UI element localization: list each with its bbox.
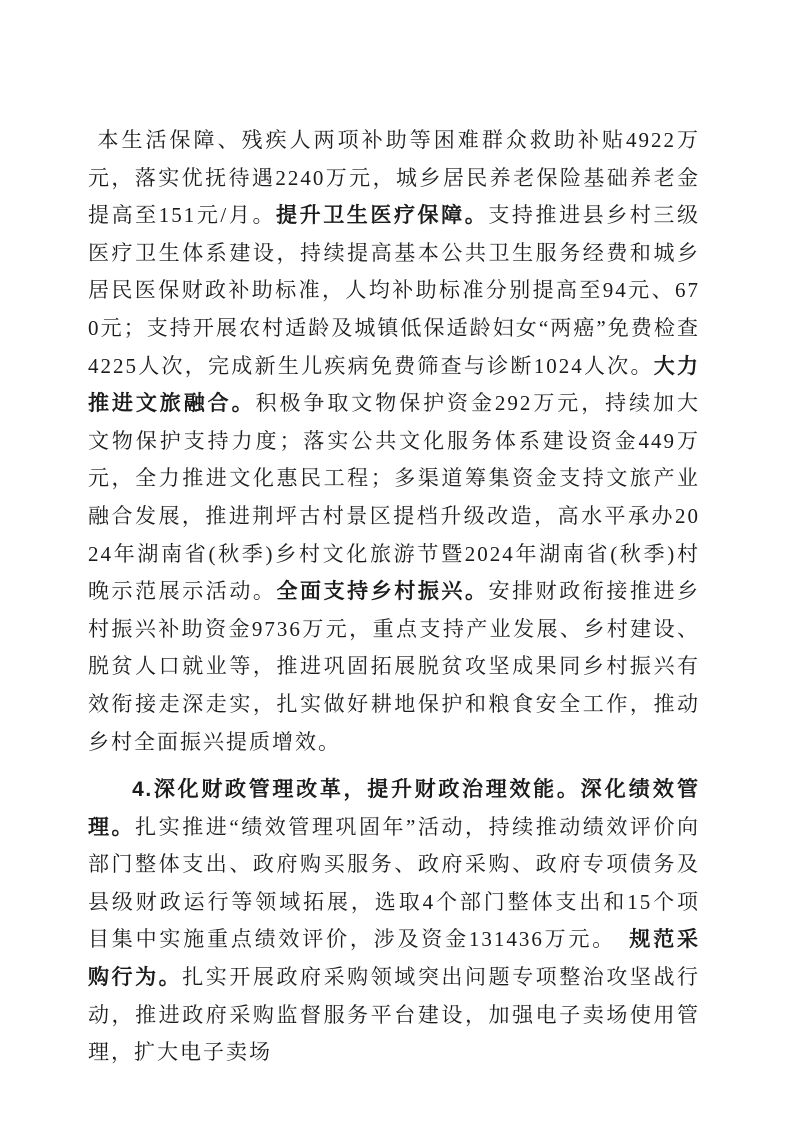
section-heading-4: 4.深化财政管理改革，提升财政治理效能。: [132, 778, 581, 801]
body-run-rural-revitalization: 安排财政衔接推进乡村振兴补助资金9736万元，重点支持产业发展、乡村建设、脱贫人…: [88, 579, 700, 753]
document-page: 本生活保障、残疾人两项补助等困难群众救助补贴4922万元，落实优抚待遇2240万…: [0, 0, 793, 1123]
body-run-culture-tourism: 积极争取文物保护资金292万元，持续加大文物保护支持力度；落实公共文化服务体系建…: [88, 391, 700, 603]
body-run-health-care: 支持推进县乡村三级医疗卫生体系建设，持续提高基本公共卫生服务经费和城乡居民医保财…: [88, 203, 700, 377]
paragraph-section-4: 4.深化财政管理改革，提升财政治理效能。深化绩效管理。扎实推进“绩效管理巩固年”…: [88, 771, 700, 1072]
paragraph-continued: 本生活保障、残疾人两项补助等困难群众救助补贴4922万元，落实优抚待遇2240万…: [88, 122, 700, 761]
body-run-performance-management: 扎实推进“绩效管理巩固年”活动，持续推动绩效评价向部门整体支出、政府购买服务、政…: [88, 815, 700, 952]
emphasis-rural-revitalization-lead: 全面支持乡村振兴。: [276, 579, 488, 603]
document-text-content: 本生活保障、残疾人两项补助等困难群众救助补贴4922万元，落实优抚待遇2240万…: [88, 122, 700, 1072]
emphasis-health-care-lead: 提升卫生医疗保障。: [276, 203, 488, 227]
